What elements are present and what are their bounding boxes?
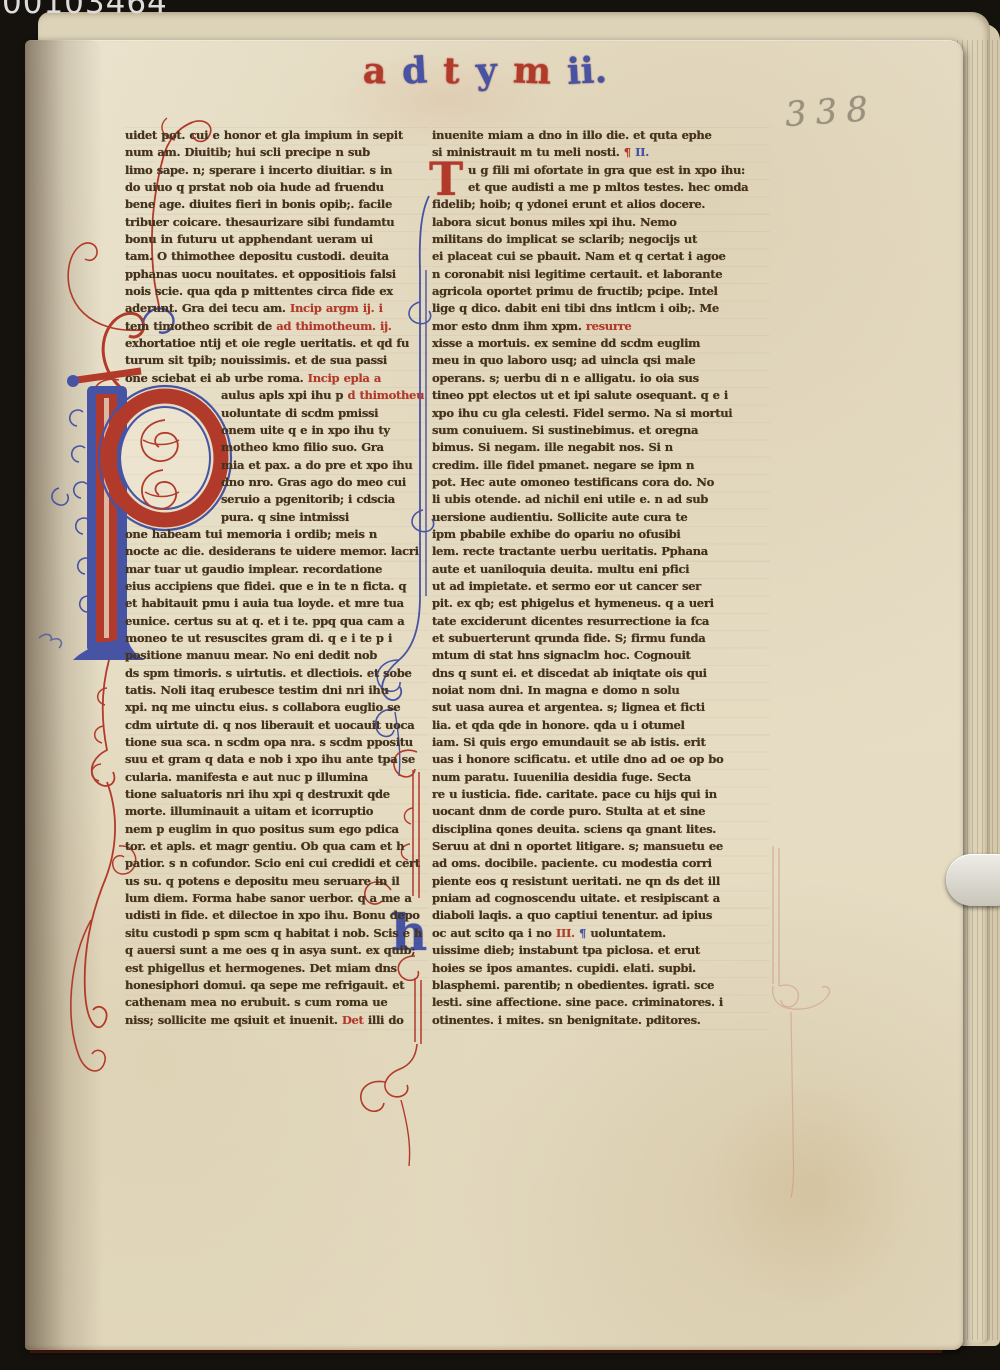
text-line: ut ad impietate. et sermo eor ut cancer …: [432, 578, 770, 595]
text-line: mar tuar ut gaudio implear. recordatione: [125, 561, 429, 578]
body-text: bonu in futuru ut apphendant ueram ui: [125, 232, 373, 246]
body-text: sut uasa aurea et argentea. s; lignea et…: [432, 700, 705, 714]
text-line: q auersi sunt a me oes q in asya sunt. e…: [125, 942, 429, 959]
body-text: morte. illuminauit a uitam et icorruptio: [125, 804, 373, 818]
text-line: oc aut scito qa i no III. ¶ uoluntatem.: [432, 925, 770, 942]
rubric-text: d thimotheu ij.: [347, 388, 429, 402]
rubric-text: ¶: [624, 145, 631, 159]
body-text: turum sit tpib; nouissimis. et de sua pa…: [125, 353, 387, 367]
body-text: lem. recte tractante uerbu ueritatis. Pp…: [432, 544, 708, 558]
text-line: patior. s n cofundor. Scio eni cui credi…: [125, 855, 429, 872]
body-text: ad oms. docibile. paciente. cu modestia …: [432, 856, 712, 870]
body-text: motheo kmo filio suo. Gra: [221, 440, 384, 454]
running-title: adtymii.: [320, 50, 650, 110]
body-text: us su. q potens e depositu meu seruare i…: [125, 874, 399, 888]
body-text: ut ad impietate. et sermo eor ut cancer …: [432, 579, 701, 593]
text-line: iam. Si quis ergo emundauit se ab istis.…: [432, 734, 770, 751]
body-text: uoluntatem.: [586, 926, 666, 940]
body-text: Seruu at dni n oportet litigare. s; mans…: [432, 839, 723, 853]
text-line: et que audisti a me p mltos testes. hec …: [432, 179, 770, 196]
body-text: eius accipiens que fidei. que e in te n …: [125, 579, 406, 593]
text-line: tribuer coicare. thesaurizare sibi funda…: [125, 214, 429, 231]
body-text: mtum di stat hns signaclm hoc. Cognouit: [432, 648, 691, 662]
text-line: uissime dieb; instabunt tpa piclosa. et …: [432, 942, 770, 959]
body-text: uoluntate di scdm pmissi: [221, 406, 378, 420]
body-text: nois scie. qua qda p mittentes circa fid…: [125, 284, 393, 298]
text-line: uidet pot. cui e honor et gla impium in …: [125, 127, 429, 144]
running-title-letter: t: [443, 50, 461, 93]
body-text: tione sua sca. n scdm opa nra. s scdm pp…: [125, 735, 413, 749]
body-text: uersione audientiu. Sollicite aute cura …: [432, 510, 687, 524]
body-text: militans do implicat se sclarib; negocij…: [432, 232, 697, 246]
body-text: do uiuo q prstat nob oia hude ad fruendu: [125, 180, 384, 194]
text-line: aute et uaniloquia deuita. multu eni pfi…: [432, 561, 770, 578]
body-text: et que audisti a me p mltos testes. hec …: [468, 180, 748, 194]
text-line: tatis. Noli itaq erubesce testim dni nri…: [125, 682, 429, 699]
text-line: eunice. certus su at q. et i te. ppq qua…: [125, 613, 429, 630]
text-line: dno nro. Gras ago do meo cui: [125, 474, 429, 491]
text-line: re u iusticia. fide. caritate. pace cu h…: [432, 786, 770, 803]
text-line: niss; sollicite me qsiuit et inuenit. De…: [125, 1012, 429, 1029]
text-line: ad oms. docibile. paciente. cu modestia …: [432, 855, 770, 872]
body-text: cathenam mea no erubuit. s cum roma ue: [125, 995, 387, 1009]
body-text: meu in quo laboro usq; ad uincla qsi mal…: [432, 353, 695, 367]
body-text: q auersi sunt a me oes q in asya sunt. e…: [125, 943, 415, 957]
body-text: ei placeat cui se pbauit. Nam et q certa…: [432, 249, 726, 263]
running-title-letter: a: [362, 50, 387, 93]
text-line: one habeam tui memoria i ordib; meis n: [125, 526, 429, 543]
body-text: tam. O thimothee depositu custodi. deuit…: [125, 249, 389, 263]
text-line: morte. illuminauit a uitam et icorruptio: [125, 803, 429, 820]
text-line: one sciebat ei ab urbe roma. Incip epla …: [125, 370, 429, 387]
text-line: et subuerterunt qrunda fide. S; firmu fu…: [432, 630, 770, 647]
body-text: xpo ihu cu gla celesti. Fidel sermo. Na …: [432, 406, 732, 420]
body-text: re u iusticia. fide. caritate. pace cu h…: [432, 787, 717, 801]
text-line: tor. et apls. et magr gentiu. Ob qua cam…: [125, 838, 429, 855]
body-text: num paratu. Iuuenilia desidia fuge. Sect…: [432, 770, 691, 784]
body-text: one habeam tui memoria i ordib; meis n: [125, 527, 377, 541]
body-text: est phigellus et hermogenes. Det miam dn…: [125, 961, 397, 975]
body-text: u g fili mi ofortate in gra que est in x…: [468, 163, 745, 177]
text-line: bene age. diuites fieri in bonis opib;. …: [125, 196, 429, 213]
body-text: pit. ex qb; est phigelus et hymeneus. q …: [432, 596, 714, 610]
text-line: limo sape. n; sperare i incerto diuitiar…: [125, 162, 429, 179]
text-line: udisti in fide. et dilectoe in xpo ihu. …: [125, 907, 429, 924]
body-text: aulus apls xpi ihu p: [221, 388, 347, 402]
body-text: pniam ad cognoscendu uitate. et resipisc…: [432, 891, 720, 905]
body-text: tribuer coicare. thesaurizare sibi funda…: [125, 215, 394, 229]
body-text: moneo te ut resuscites gram di. q e i te…: [125, 631, 392, 645]
photo-backdrop: { "scan": { "id_label": "00103464" }, "p…: [0, 0, 1000, 1370]
body-text: operans. s; uerbu di n e alligatu. io oi…: [432, 371, 699, 385]
text-line: situ custodi p spm scm q habitat i nob. …: [125, 925, 429, 942]
body-text: uidet pot. cui e honor et gla impium in …: [125, 128, 403, 142]
text-line: cdm uirtute di. q nos liberauit et uocau…: [125, 717, 429, 734]
running-title-letter: m: [512, 49, 552, 92]
body-text: fidelib; hoib; q ydonei erunt et alios d…: [432, 197, 705, 211]
text-line: suu et gram q data e nob i xpo ihu ante …: [125, 751, 429, 768]
body-text: mar tuar ut gaudio implear. recordatione: [125, 562, 382, 576]
gutter-shadow: [25, 40, 103, 1350]
body-text: ipm pbabile exhibe do opariu no ofusibi: [432, 527, 680, 541]
body-text: pphanas uocu nouitates. et oppositiois f…: [125, 267, 396, 281]
body-text: noiat nom dni. In magna e domo n solu: [432, 683, 679, 697]
body-text: dno nro. Gras ago do meo cui: [221, 475, 406, 489]
text-line: si ministrauit m tu meli nosti. ¶ II.: [432, 144, 770, 161]
body-text: lia. et qda qde in honore. qda u i otume…: [432, 718, 685, 732]
body-text: mor esto dnm ihm xpm.: [432, 319, 586, 333]
text-line: xpi. nq me uinctu eius. s collabora eugl…: [125, 699, 429, 716]
body-text: tineo ppt electos ut et ipi salute osequ…: [432, 388, 728, 402]
text-line: otinentes. i mites. sn benignitate. pdit…: [432, 1012, 770, 1029]
text-line: us su. q potens e depositu meu seruare i…: [125, 873, 429, 890]
scan-id-label: 00103464: [2, 0, 168, 21]
body-text: labora sicut bonus miles xpi ihu. Nemo: [432, 215, 677, 229]
body-text: n coronabit nisi legitime certauit. et l…: [432, 267, 722, 281]
text-line: num paratu. Iuuenilia desidia fuge. Sect…: [432, 769, 770, 786]
rubric-text: Incip argm ij. i: [290, 301, 383, 315]
text-line: ipm pbabile exhibe do opariu no ofusibi: [432, 526, 770, 543]
text-line: nem p euglim in quo positus sum ego pdic…: [125, 821, 429, 838]
text-line: motheo kmo filio suo. Gra: [125, 439, 429, 456]
body-text: iam. Si quis ergo emundauit se ab istis.…: [432, 735, 705, 749]
body-text: aderunt. Gra dei tecu am.: [125, 301, 290, 315]
text-line: meu in quo laboro usq; ad uincla qsi mal…: [432, 352, 770, 369]
body-text: cdm uirtute di. q nos liberauit et uocau…: [125, 718, 414, 732]
text-line: sum conuiuem. Si sustinebimus. et oregna: [432, 422, 770, 439]
text-line: pniam ad cognoscendu uitate. et resipisc…: [432, 890, 770, 907]
text-line: noiat nom dni. In magna e domo n solu: [432, 682, 770, 699]
body-text: seruio a pgenitorib; i cdscia: [221, 492, 395, 506]
body-text: li ubis otende. ad nichil eni utile e. n…: [432, 492, 708, 506]
text-column-left: uidet pot. cui e honor et gla impium in …: [125, 127, 429, 1039]
text-line: u g fili mi ofortate in gra que est in x…: [432, 162, 770, 179]
body-text: positione manuu mear. No eni dedit nob: [125, 648, 377, 662]
text-line: disciplina qones deuita. sciens qa gnant…: [432, 821, 770, 838]
rubric-text: ad thimotheum. ij.: [276, 319, 391, 333]
body-text: hoies se ipos amantes. cupidi. elati. su…: [432, 961, 696, 975]
body-text: tione saluatoris nri ihu xpi q destruxit…: [125, 787, 390, 801]
body-text: one sciebat ei ab urbe roma.: [125, 371, 308, 385]
text-line: lia. et qda qde in honore. qda u i otume…: [432, 717, 770, 734]
text-line: lem. recte tractante uerbu ueritatis. Pp…: [432, 543, 770, 560]
text-line: dns q sunt ei. et discedat ab iniqtate o…: [432, 665, 770, 682]
text-line: bonu in futuru ut apphendant ueram ui: [125, 231, 429, 248]
text-line: ei placeat cui se pbauit. Nam et q certa…: [432, 248, 770, 265]
body-text: bimus. Si negam. ille negabit nos. Si n: [432, 440, 673, 454]
running-title-letter: d: [401, 49, 428, 92]
body-text: si ministrauit m tu meli nosti.: [432, 145, 624, 159]
body-text: udisti in fide. et dilectoe in xpo ihu. …: [125, 908, 420, 922]
body-text: tate exciderunt dicentes resurrectione i…: [432, 614, 709, 628]
text-line: uas i honore scificatu. et utile dno ad …: [432, 751, 770, 768]
body-text: patior. s n cofundor. Scio eni cui credi…: [125, 856, 420, 870]
text-line: positione manuu mear. No eni dedit nob: [125, 647, 429, 664]
body-text: lum diem. Forma habe sanor uerbor. q a m…: [125, 891, 412, 905]
manuscript-page: adtymii. 338: [25, 40, 963, 1350]
body-text: nem p euglim in quo positus sum ego pdic…: [125, 822, 399, 836]
text-line: xpo ihu cu gla celesti. Fidel sermo. Na …: [432, 405, 770, 422]
body-text: mia et pax. a do pre et xpo ihu: [221, 458, 412, 472]
text-line: pura. q sine intmissi: [125, 509, 429, 526]
text-line: tate exciderunt dicentes resurrectione i…: [432, 613, 770, 630]
body-text: eunice. certus su at q. et i te. ppq qua…: [125, 614, 404, 628]
text-line: mtum di stat hns signaclm hoc. Cognouit: [432, 647, 770, 664]
rubric-text: Incip epla a: [308, 371, 381, 385]
text-line: lum diem. Forma habe sanor uerbor. q a m…: [125, 890, 429, 907]
text-line: bimus. Si negam. ille negabit nos. Si n: [432, 439, 770, 456]
text-line: agricola oportet primu de fructib; pcipe…: [432, 283, 770, 300]
text-line: n coronabit nisi legitime certauit. et l…: [432, 266, 770, 283]
text-line: turum sit tpib; nouissimis. et de sua pa…: [125, 352, 429, 369]
body-text: aute et uaniloquia deuita. multu eni pfi…: [432, 562, 689, 576]
body-text: bene age. diuites fieri in bonis opib;. …: [125, 197, 392, 211]
body-text: et subuerterunt qrunda fide. S; firmu fu…: [432, 631, 705, 645]
text-line: sut uasa aurea et argentea. s; lignea et…: [432, 699, 770, 716]
text-line: tione sua sca. n scdm opa nra. s scdm pp…: [125, 734, 429, 751]
text-line: blasphemi. parentib; n obedientes. igrat…: [432, 977, 770, 994]
text-line: honesiphori domui. qa sepe me refrigauit…: [125, 977, 429, 994]
body-text: ds spm timoris. s uirtutis. et dlectiois…: [125, 666, 412, 680]
body-text: suu et gram q data e nob i xpo ihu ante …: [125, 752, 415, 766]
body-text: illi do: [364, 1013, 404, 1027]
text-line: pphanas uocu nouitates. et oppositiois f…: [125, 266, 429, 283]
text-line: hoies se ipos amantes. cupidi. elati. su…: [432, 960, 770, 977]
body-text: lesti. sine affectione. sine pace. crimi…: [432, 995, 723, 1009]
text-line: labora sicut bonus miles xpi ihu. Nemo: [432, 214, 770, 231]
body-text: dns q sunt ei. et discedat ab iniqtate o…: [432, 666, 707, 680]
body-text: uocant dnm de corde puro. Stulta at et s…: [432, 804, 705, 818]
body-text: tem timotheo scribit de: [125, 319, 276, 333]
body-text: xisse a mortuis. ex semine dd scdm eugli…: [432, 336, 700, 350]
body-text: inuenite miam a dno in illo die. et quta…: [432, 128, 712, 142]
body-text: uissime dieb; instabunt tpa piclosa. et …: [432, 943, 700, 957]
text-line: exhortatioe ntij et oie regle ueritatis.…: [125, 335, 429, 352]
body-text: piente eos q resistunt ueritati. ne qn d…: [432, 874, 720, 888]
body-text: pot. Hec aute omoneo testificans cora do…: [432, 475, 714, 489]
body-text: sum conuiuem. Si sustinebimus. et oregna: [432, 423, 698, 437]
body-text: niss; sollicite me qsiuit et inuenit.: [125, 1013, 342, 1027]
body-text: num am. Diuitib; hui scli precipe n sub: [125, 145, 370, 159]
fore-edge-tab: [946, 854, 1000, 906]
text-line: cathenam mea no erubuit. s cum roma ue: [125, 994, 429, 1011]
text-line: moneo te ut resuscites gram di. q e i te…: [125, 630, 429, 647]
text-line: inuenite miam a dno in illo die. et quta…: [432, 127, 770, 144]
text-line: aderunt. Gra dei tecu am. Incip argm ij.…: [125, 300, 429, 317]
body-text: uas i honore scificatu. et utile dno ad …: [432, 752, 723, 766]
parchment-stain: [665, 1020, 965, 1360]
body-text: tatis. Noli itaq erubesce testim dni nri…: [125, 683, 389, 697]
running-title-letter: y: [475, 49, 498, 92]
body-text: tor. et apls. et magr gentiu. Ob qua cam…: [125, 839, 404, 853]
body-text: situ custodi p spm scm q habitat i nob. …: [125, 926, 422, 940]
text-line: fidelib; hoib; q ydonei erunt et alios d…: [432, 196, 770, 213]
body-text: limo sape. n; sperare i incerto diuitiar…: [125, 163, 392, 177]
text-line: est phigellus et hermogenes. Det miam dn…: [125, 960, 429, 977]
text-line: uersione audientiu. Sollicite aute cura …: [432, 509, 770, 526]
body-text: otinentes. i mites. sn benignitate. pdit…: [432, 1013, 700, 1027]
text-line: mor esto dnm ihm xpm. resurre: [432, 318, 770, 335]
text-line: et habitauit pmu i auia tua loyde. et mr…: [125, 595, 429, 612]
body-text: xpi. nq me uinctu eius. s collabora eugl…: [125, 700, 400, 714]
text-line: operans. s; uerbu di n e alligatu. io oi…: [432, 370, 770, 387]
text-line: credim. ille fidel pmanet. negare se ipm…: [432, 457, 770, 474]
body-text: lige q dico. dabit eni tibi dns intlcm i…: [432, 301, 719, 315]
text-line: ds spm timoris. s uirtutis. et dlectiois…: [125, 665, 429, 682]
text-line: mia et pax. a do pre et xpo ihu: [125, 457, 429, 474]
text-line: piente eos q resistunt ueritati. ne qn d…: [432, 873, 770, 890]
body-text: pura. q sine intmissi: [221, 510, 349, 524]
text-line: tam. O thimothee depositu custodi. deuit…: [125, 248, 429, 265]
rubric-text: Det: [342, 1013, 364, 1027]
rubric-text: III.: [556, 926, 579, 940]
body-text: nocte ac die. desiderans te uidere memor…: [125, 544, 419, 558]
text-line: num am. Diuitib; hui scli precipe n sub: [125, 144, 429, 161]
text-line: tione saluatoris nri ihu xpi q destruxit…: [125, 786, 429, 803]
text-line: cularia. manifesta e aut nuc p illumina: [125, 769, 429, 786]
text-line: nois scie. qua qda p mittentes circa fid…: [125, 283, 429, 300]
text-line: onem uite q e in xpo ihu ty: [125, 422, 429, 439]
text-line: xisse a mortuis. ex semine dd scdm eugli…: [432, 335, 770, 352]
text-line: eius accipiens que fidei. que e in te n …: [125, 578, 429, 595]
text-column-right: inuenite miam a dno in illo die. et quta…: [432, 127, 770, 1039]
text-line: aulus apls xpi ihu p d thimotheu ij.: [125, 387, 429, 404]
text-line: uoluntate di scdm pmissi: [125, 405, 429, 422]
text-line: Seruu at dni n oportet litigare. s; mans…: [432, 838, 770, 855]
text-line: diaboli laqis. a quo captiui tenentur. a…: [432, 907, 770, 924]
rubric-text: resurre: [586, 319, 632, 333]
text-line: lesti. sine affectione. sine pace. crimi…: [432, 994, 770, 1011]
body-text: onem uite q e in xpo ihu ty: [221, 423, 390, 437]
text-line: uocant dnm de corde puro. Stulta at et s…: [432, 803, 770, 820]
rubric-text: ¶: [579, 926, 586, 940]
running-title-letter: ii.: [566, 49, 608, 93]
body-text: cularia. manifesta e aut nuc p illumina: [125, 770, 368, 784]
text-line: seruio a pgenitorib; i cdscia: [125, 491, 429, 508]
body-text: disciplina qones deuita. sciens qa gnant…: [432, 822, 716, 836]
body-text: credim. ille fidel pmanet. negare se ipm…: [432, 458, 694, 472]
body-text: exhortatioe ntij et oie regle ueritatis.…: [125, 336, 409, 350]
body-text: oc aut scito qa i no: [432, 926, 556, 940]
text-line: nocte ac die. desiderans te uidere memor…: [125, 543, 429, 560]
text-line: tem timotheo scribit de ad thimotheum. i…: [125, 318, 429, 335]
rubric-text: II.: [631, 145, 649, 159]
folio-number: 338: [784, 89, 878, 135]
text-line: tineo ppt electos ut et ipi salute osequ…: [432, 387, 770, 404]
body-text: blasphemi. parentib; n obedientes. igrat…: [432, 978, 714, 992]
body-text: et habitauit pmu i auia tua loyde. et mr…: [125, 596, 404, 610]
text-line: pit. ex qb; est phigelus et hymeneus. q …: [432, 595, 770, 612]
body-text: honesiphori domui. qa sepe me refrigauit…: [125, 978, 404, 992]
text-line: li ubis otende. ad nichil eni utile e. n…: [432, 491, 770, 508]
body-text: agricola oportet primu de fructib; pcipe…: [432, 284, 718, 298]
text-line: lige q dico. dabit eni tibi dns intlcm i…: [432, 300, 770, 317]
text-line: pot. Hec aute omoneo testificans cora do…: [432, 474, 770, 491]
text-line: do uiuo q prstat nob oia hude ad fruendu: [125, 179, 429, 196]
body-text: diaboli laqis. a quo captiui tenentur. a…: [432, 908, 712, 922]
text-line: militans do implicat se sclarib; negocij…: [432, 231, 770, 248]
